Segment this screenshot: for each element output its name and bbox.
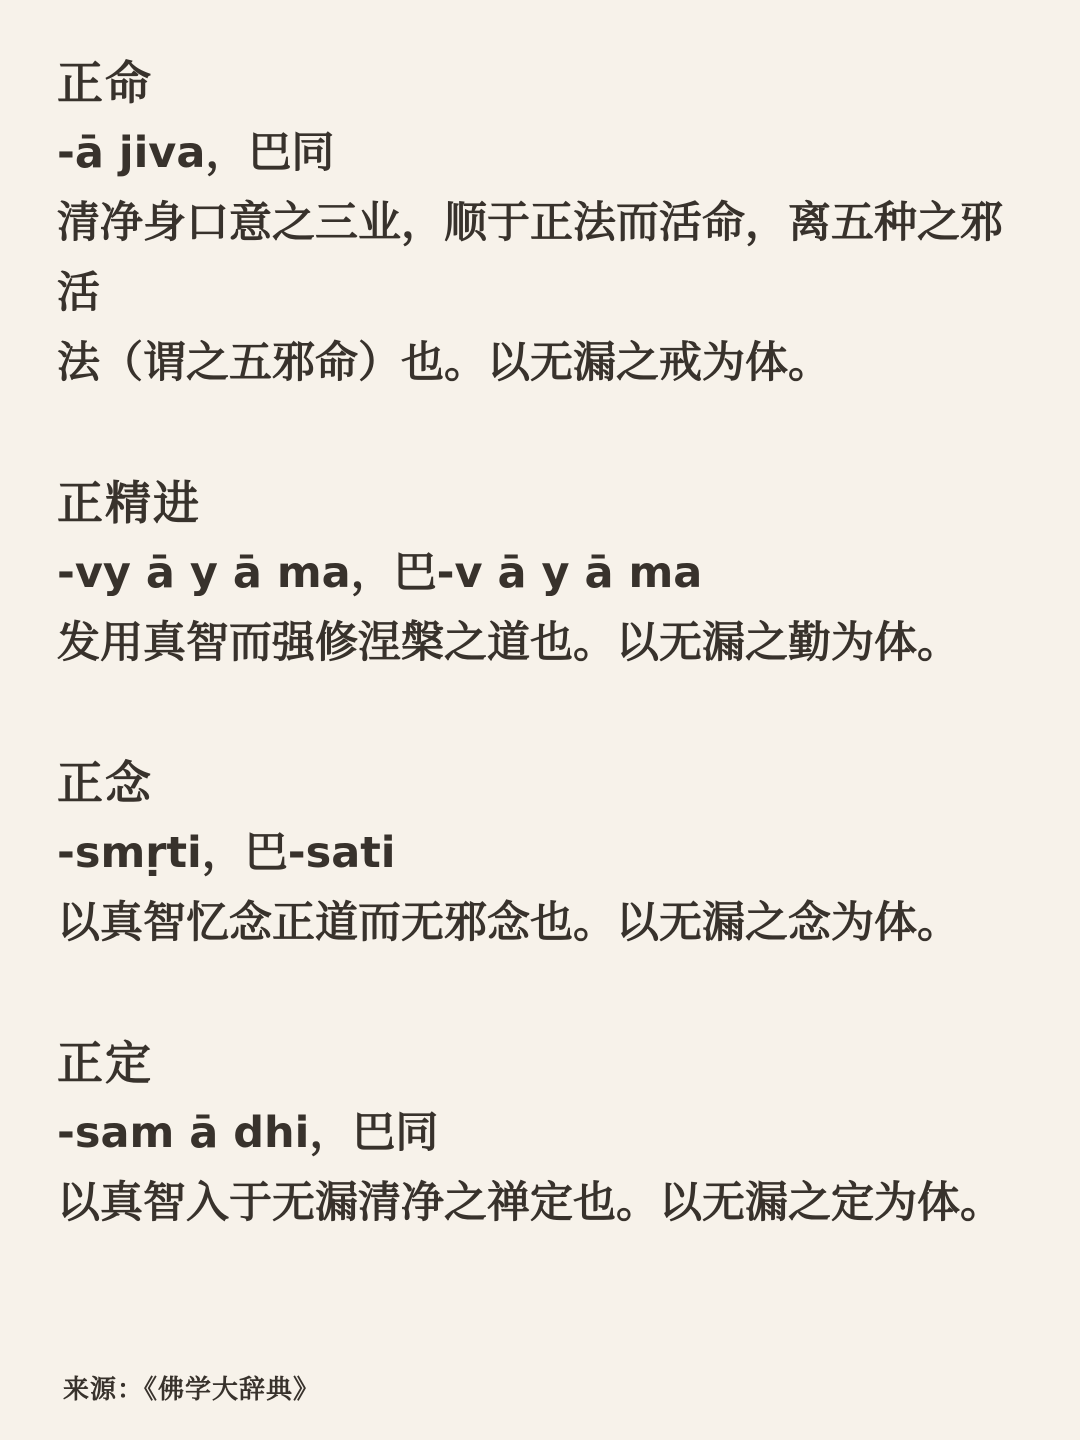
entry-definition: 发用真智而强修涅槃之道也。以无漏之勤为体。 (57, 608, 1042, 678)
entry-right-concentration: 正定 -sam ā dhi，巴同 以真智入于无漏清净之禅定也。以无漏之定为体。 (57, 1028, 1042, 1238)
entry-heading: 正命 (57, 48, 1042, 118)
entry-heading: 正精进 (57, 468, 1042, 538)
entry-right-effort: 正精进 -vy ā y ā ma，巴-v ā y ā ma 发用真智而强修涅槃之… (57, 468, 1042, 678)
entry-transliteration: -smṛti，巴-sati (57, 818, 1042, 888)
entry-heading: 正念 (57, 748, 1042, 818)
entry-heading: 正定 (57, 1028, 1042, 1098)
entry-transliteration: -ā jiva，巴同 (57, 118, 1042, 188)
entry-right-livelihood: 正命 -ā jiva，巴同 清净身口意之三业，顺于正法而活命，离五种之邪活 法（… (57, 48, 1042, 398)
entry-definition: 清净身口意之三业，顺于正法而活命，离五种之邪活 法（谓之五邪命）也。以无漏之戒为… (57, 188, 1042, 398)
source-caption: 来源：《佛学大辞典》 (63, 1369, 320, 1406)
entry-definition: 以真智入于无漏清净之禅定也。以无漏之定为体。 (57, 1168, 1042, 1238)
entry-transliteration: -vy ā y ā ma，巴-v ā y ā ma (57, 538, 1042, 608)
entry-right-mindfulness: 正念 -smṛti，巴-sati 以真智忆念正道而无邪念也。以无漏之念为体。 (57, 748, 1042, 958)
entry-transliteration: -sam ā dhi，巴同 (57, 1098, 1042, 1168)
entry-definition: 以真智忆念正道而无邪念也。以无漏之念为体。 (57, 888, 1042, 958)
dictionary-page: 正命 -ā jiva，巴同 清净身口意之三业，顺于正法而活命，离五种之邪活 法（… (0, 0, 1080, 1238)
